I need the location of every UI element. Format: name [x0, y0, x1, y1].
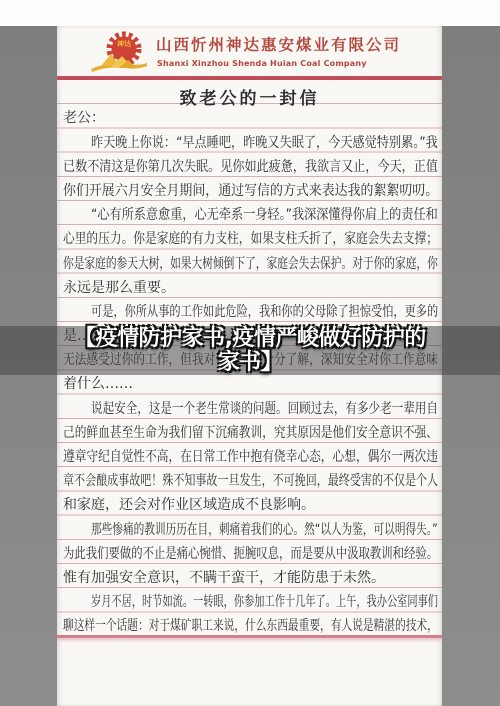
- letter-line: 可是，你所从事的工作如此危险，我和你的父母除了担惊受怕，更多的: [57, 298, 442, 322]
- photo-frame: 神达 山西忻州神达惠安煤业有限公司 Shanxi Xinzhou Shenda …: [0, 0, 500, 706]
- letter-line-text: 聊这样一个话题：对于煤矿职工来说，什么东西最重要，有人说是精湛的技术，: [63, 615, 438, 635]
- letter-line-text: 己的鲜血甚至生命为我们留下沉痛教训，究其原因是他们安全意识不强、: [63, 422, 438, 442]
- letter-line: 和家庭，还会对作业区域造成不良影响。: [57, 491, 442, 515]
- letter-line-text: 已数不清这是你第几次失眠。见你如此疲惫，我欲言又止，今天，正值: [63, 156, 438, 176]
- letter-line: 那些惨痛的教训历历在目，刺痛着我们的心。然“以人为鉴，可以明得失。”: [57, 515, 442, 539]
- letter-line-text: 昨天晚上你说：“早点睡吧，昨晚又失眠了，今天感觉特别累。”我: [91, 132, 438, 152]
- letter-line-text: 岁月不居，时节如流。一转眼，你参加工作十几年了。上午，我办公室同事们: [91, 591, 438, 611]
- letter-line-text: 遵章守纪自觉性不高，在日常工作中抱有侥幸心态，心想，偶尔一两次违: [63, 446, 438, 466]
- letter-line-text: 着什么……: [63, 373, 133, 393]
- letter-line: 聊这样一个话题：对于煤矿职工来说，什么东西最重要，有人说是精湛的技术，: [57, 612, 442, 636]
- letterhead-rule: [57, 76, 442, 80]
- letter-line: “心有所系意愈重，心无牵系一身轻。”我深深懂得你肩上的责任和: [57, 201, 442, 225]
- letter-line-text: 心里的压力。你是家庭的有力支柱，如果支柱夭折了，家庭会失去支撑；: [63, 228, 438, 248]
- letter-line: 昨天晚上你说：“早点睡吧，昨晚又失眠了，今天感觉特别累。”我: [57, 128, 442, 152]
- letter-line: 说起安全，这是一个老生常谈的问题。回顾过去，有多少老一辈用自: [57, 394, 442, 418]
- letter-line: 你是家庭的参天大树，如果大树倾倒下了，家庭会失去保护。对于你的家庭，你: [57, 249, 442, 273]
- letter-line: 老公：: [57, 104, 442, 128]
- letter-line: 心里的压力。你是家庭的有力支柱，如果支柱夭折了，家庭会失去支撑；: [57, 225, 442, 249]
- caption-overlay: 【疫情防护家书,疫情严峻做好防护的 家书】: [0, 326, 500, 375]
- letter-line-text: 为此我们要做的不止是痛心惋惜、扼腕叹息，而是要从中汲取教训和经验。: [63, 543, 438, 563]
- bottom-rule: [57, 635, 442, 639]
- company-name-en: Shanxi Xinzhou Shenda Huian Coal Company: [157, 59, 417, 68]
- letter-line: 惟有加强安全意识，不瞒干蛮干，才能防患于未然。: [57, 564, 442, 588]
- letter-line-text: 和家庭，还会对作业区域造成不良影响。: [63, 494, 315, 514]
- company-logo-icon: 神达: [89, 28, 149, 78]
- letter-line-text: 可是，你所从事的工作如此危险，我和你的父母除了担惊受怕，更多的: [91, 301, 438, 321]
- letter-title-row: 致老公的一封信: [57, 80, 442, 104]
- letter-line-text: 永远是那么重要。: [63, 277, 175, 297]
- letter-line: 遵章守纪自觉性不高，在日常工作中抱有侥幸心态，心想，偶尔一两次违: [57, 443, 442, 467]
- letter-line-text: 你们开展六月安全月期间，通过写信的方式来表达我的絮絮叨叨。: [63, 180, 438, 200]
- letter-line-text: 惟有加强安全意识，不瞒干蛮干，才能防患于未然。: [63, 567, 385, 587]
- letter-line: 为此我们要做的不止是痛心惋惜、扼腕叹息，而是要从中汲取教训和经验。: [57, 540, 442, 564]
- letter-line-text: 章不会酿成事故吧！殊不知事故一旦发生，不可挽回，最终受害的不仅是个人: [63, 470, 438, 490]
- letter-line: 岁月不居，时节如流。一转眼，你参加工作十几年了。上午，我办公室同事们: [57, 588, 442, 612]
- company-name-cn: 山西忻州神达惠安煤业有限公司: [156, 33, 426, 55]
- letter-line: 已数不清这是你第几次失眠。见你如此疲惫，我欲言又止，今天，正值: [57, 153, 442, 177]
- letter-line-text: 老公：: [63, 107, 105, 127]
- letter-line: 己的鲜血甚至生命为我们留下沉痛教训，究其原因是他们安全意识不强、: [57, 419, 442, 443]
- caption-line-2: 家书】: [218, 351, 283, 375]
- letter-line-text: 你是家庭的参天大树，如果大树倾倒下了，家庭会失去保护。对于你的家庭，你: [63, 253, 438, 273]
- letter-line-text: 那些惨痛的教训历历在目，刺痛着我们的心。然“以人为鉴，可以明得失。”: [91, 519, 438, 539]
- top-white-strip: [0, 0, 500, 26]
- letter-line: 永远是那么重要。: [57, 274, 442, 298]
- svg-text:神达: 神达: [117, 39, 131, 48]
- letter-line: 你们开展六月安全月期间，通过写信的方式来表达我的絮絮叨叨。: [57, 177, 442, 201]
- caption-line-1: 【疫情防护家书,疫情严峻做好防护的: [74, 327, 426, 351]
- letter-line: 章不会酿成事故吧！殊不知事故一旦发生，不可挽回，最终受害的不仅是个人: [57, 467, 442, 491]
- letter-line-text: “心有所系意愈重，心无牵系一身轻。”我深深懂得你肩上的责任和: [91, 204, 438, 224]
- letter-line-text: 说起安全，这是一个老生常谈的问题。回顾过去，有多少老一辈用自: [91, 398, 438, 418]
